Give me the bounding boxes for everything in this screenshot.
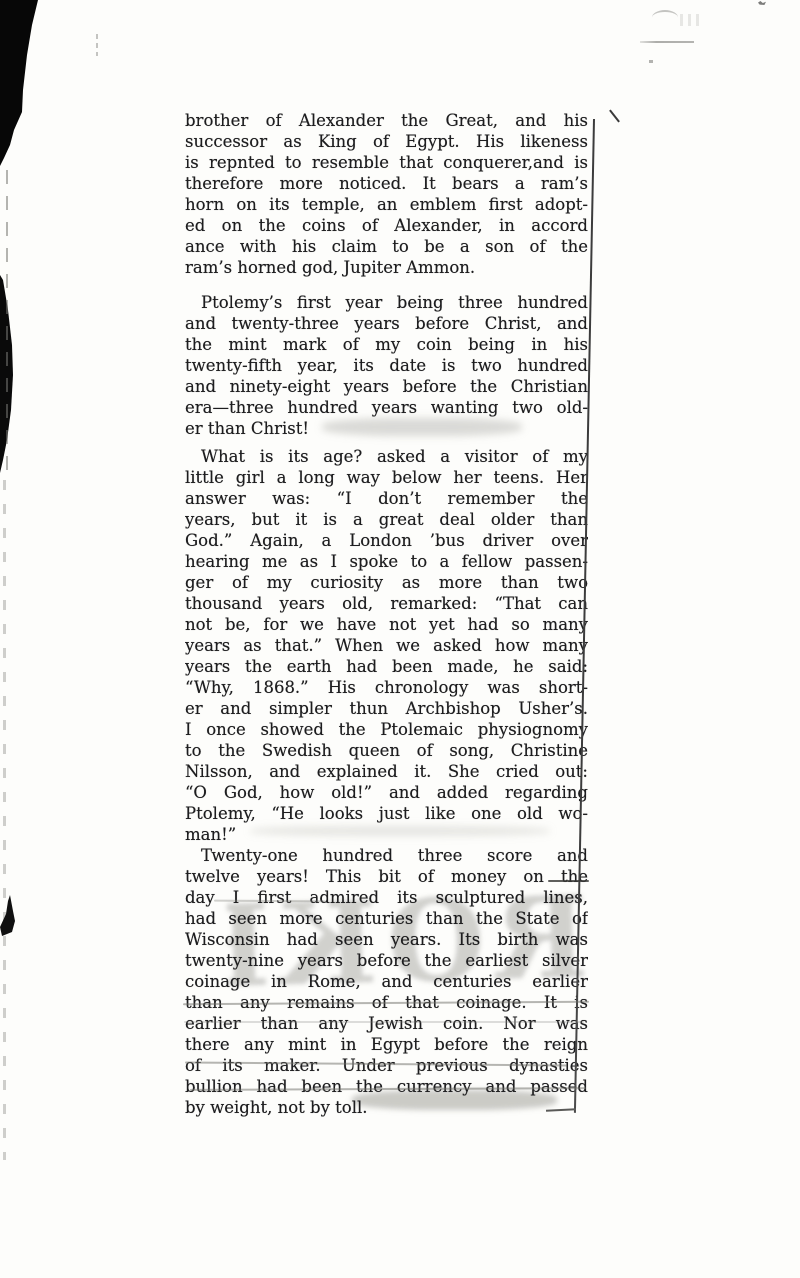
text-line: twenty-fifth year, its date is two hundr… <box>185 355 588 376</box>
pencil-underline <box>184 1021 584 1023</box>
text-line: What is its age? asked a visitor of my <box>185 446 588 467</box>
text-line: horn on its temple, an emblem first adop… <box>185 194 588 215</box>
text-line: ger of my curiosity as more than two <box>185 572 588 593</box>
faint-scribble <box>680 14 704 26</box>
text-line: day I first admired its sculptured lines… <box>185 887 588 908</box>
text-line: God.” Again, a London ’bus driver over <box>185 530 588 551</box>
text-line: to the Swedish queen of song, Christine <box>185 740 588 761</box>
text-line: er than Christ! <box>185 418 588 439</box>
text-line: er and simpler thun Archbishop Usher’s. <box>185 698 588 719</box>
text-line: ram’s horned god, Jupiter Ammon. <box>185 257 588 278</box>
text-line: the mint mark of my coin being in his <box>185 334 588 355</box>
scan-edge-streak <box>3 480 6 1160</box>
scanned-clipping: ROKE brother of Alexander the Great, and… <box>0 0 800 1278</box>
paragraph: Twenty-one hundred three score andtwelve… <box>185 845 588 1118</box>
text-line: is repnted to resemble that conquerer,an… <box>185 152 588 173</box>
text-line: hearing me as I spoke to a fellow passen… <box>185 551 588 572</box>
paragraph: What is its age? asked a visitor of myli… <box>185 446 588 845</box>
text-line: Wisconsin had seen years. Its birth was <box>185 929 588 950</box>
paragraph: brother of Alexander the Great, and hiss… <box>185 110 588 278</box>
scan-edge-artifact-top-left <box>0 0 40 168</box>
text-line: little girl a long way below her teens. … <box>185 467 588 488</box>
paragraph: Ptolemy’s first year being three hundred… <box>185 292 588 439</box>
text-line: “Why, 1868.” His chronology was short- <box>185 677 588 698</box>
text-line: answer was: “I don’t remember the <box>185 488 588 509</box>
text-line: by weight, not by toll. <box>185 1097 588 1118</box>
scan-edge-streak <box>6 170 8 470</box>
text-line: coinage in Rome, and centuries earlier <box>185 971 588 992</box>
text-line: twenty-nine years before the earliest si… <box>185 950 588 971</box>
text-line: earlier than any Jewish coin. Nor was <box>185 1013 588 1034</box>
text-line: not be, for we have not yet had so many <box>185 614 588 635</box>
text-line: successor as King of Egypt. His likeness <box>185 131 588 152</box>
text-line: twelve years! This bit of money on the <box>185 866 588 887</box>
text-line: thousand years old, remarked: “That can <box>185 593 588 614</box>
text-line: years as that.” When we asked how many <box>185 635 588 656</box>
scan-speck <box>649 60 653 63</box>
faint-scribble <box>652 10 678 25</box>
text-line: and twenty-three years before Christ, an… <box>185 313 588 334</box>
pencil-underline <box>548 880 589 882</box>
faint-pencil-line <box>640 41 694 43</box>
pen-stroke-mark <box>609 109 620 122</box>
text-line: had seen more centuries than the State o… <box>185 908 588 929</box>
text-line: ed on the coins of Alexander, in accord <box>185 215 588 236</box>
text-line: era—three hundred years wanting two old- <box>185 397 588 418</box>
text-line: man!” <box>185 824 588 845</box>
text-line: and ninety-eight years before the Christ… <box>185 376 588 397</box>
text-line: I once showed the Ptolemaic physiognomy <box>185 719 588 740</box>
text-line: Ptolemy’s first year being three hundred <box>185 292 588 313</box>
scan-speck <box>758 1 766 5</box>
text-line: ance with his claim to be a son of the <box>185 236 588 257</box>
text-line: years, but it is a great deal older than <box>185 509 588 530</box>
text-line: Nilsson, and explained it. She cried out… <box>185 761 588 782</box>
text-line: years the earth had been made, he said: <box>185 656 588 677</box>
scan-speck <box>96 34 98 56</box>
text-line: Twenty-one hundred three score and <box>185 845 588 866</box>
text-line: therefore more noticed. It bears a ram’s <box>185 173 588 194</box>
text-line: Ptolemy, “He looks just like one old wo- <box>185 803 588 824</box>
article-text: brother of Alexander the Great, and hiss… <box>185 110 588 1118</box>
text-line: brother of Alexander the Great, and his <box>185 110 588 131</box>
text-line: there any mint in Egypt before the reign <box>185 1034 588 1055</box>
text-line: “O God, how old!” and added regarding <box>185 782 588 803</box>
